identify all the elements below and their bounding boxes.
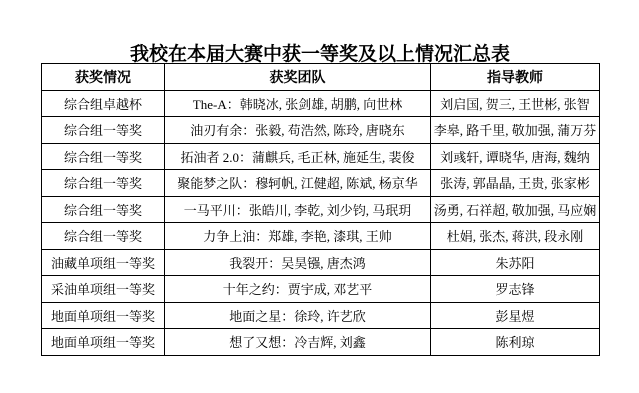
award-cell: 综合组一等奖 bbox=[42, 143, 165, 170]
awards-table: 获奖情况 获奖团队 指导教师 综合组卓越杯 The-A：韩晓冰, 张剑雄, 胡鹏… bbox=[41, 63, 600, 356]
team-cell: 地面之星：徐玲, 许艺欣 bbox=[165, 302, 431, 329]
column-header-award: 获奖情况 bbox=[42, 64, 165, 91]
teachers-cell: 刘彧轩, 谭晓华, 唐海, 魏纳 bbox=[431, 143, 600, 170]
table-row: 综合组一等奖 一马平川：张皓川, 李乾, 刘少钧, 马珉玥 汤勇, 石祥超, 敬… bbox=[42, 196, 600, 223]
table-header-row: 获奖情况 获奖团队 指导教师 bbox=[42, 64, 600, 91]
teachers-cell: 彭星煜 bbox=[431, 302, 600, 329]
award-cell: 地面单项组一等奖 bbox=[42, 302, 165, 329]
table-row: 地面单项组一等奖 想了又想：冷吉辉, 刘鑫 陈利琼 bbox=[42, 329, 600, 356]
page-title: 我校在本届大赛中获一等奖及以上情况汇总表 bbox=[41, 39, 599, 66]
team-cell: 我裂开：吴昊镪, 唐杰鸿 bbox=[165, 249, 431, 276]
team-cell: 聚能梦之队：穆轲帆, 江健超, 陈斌, 杨京华 bbox=[165, 170, 431, 197]
table-row: 综合组一等奖 力争上油：郑雄, 李艳, 漆琪, 王帅 杜娟, 张杰, 蒋洪, 段… bbox=[42, 223, 600, 250]
award-cell: 采油单项组一等奖 bbox=[42, 276, 165, 303]
team-cell: 想了又想：冷吉辉, 刘鑫 bbox=[165, 329, 431, 356]
teachers-cell: 朱苏阳 bbox=[431, 249, 600, 276]
teachers-cell: 汤勇, 石祥超, 敬加强, 马应娴 bbox=[431, 196, 600, 223]
table-row: 综合组一等奖 油刃有余：张毅, 苟浩然, 陈玲, 唐晓东 李皋, 路千里, 敬加… bbox=[42, 117, 600, 144]
award-cell: 综合组卓越杯 bbox=[42, 90, 165, 117]
award-cell: 综合组一等奖 bbox=[42, 196, 165, 223]
team-cell: 油刃有余：张毅, 苟浩然, 陈玲, 唐晓东 bbox=[165, 117, 431, 144]
table-row: 油藏单项组一等奖 我裂开：吴昊镪, 唐杰鸿 朱苏阳 bbox=[42, 249, 600, 276]
table-row: 综合组卓越杯 The-A：韩晓冰, 张剑雄, 胡鹏, 向世林 刘启国, 贺三, … bbox=[42, 90, 600, 117]
column-header-team: 获奖团队 bbox=[165, 64, 431, 91]
team-cell: 力争上油：郑雄, 李艳, 漆琪, 王帅 bbox=[165, 223, 431, 250]
teachers-cell: 罗志锋 bbox=[431, 276, 600, 303]
team-cell: 十年之约：贾宇成, 邓艺平 bbox=[165, 276, 431, 303]
table-row: 综合组一等奖 拓油者 2.0：蒲麒兵, 毛正林, 施延生, 裴俊 刘彧轩, 谭晓… bbox=[42, 143, 600, 170]
table-row: 采油单项组一等奖 十年之约：贾宇成, 邓艺平 罗志锋 bbox=[42, 276, 600, 303]
teachers-cell: 李皋, 路千里, 敬加强, 蒲万芬 bbox=[431, 117, 600, 144]
teachers-cell: 刘启国, 贺三, 王世彬, 张智 bbox=[431, 90, 600, 117]
award-cell: 油藏单项组一等奖 bbox=[42, 249, 165, 276]
teachers-cell: 杜娟, 张杰, 蒋洪, 段永刚 bbox=[431, 223, 600, 250]
team-cell: The-A：韩晓冰, 张剑雄, 胡鹏, 向世林 bbox=[165, 90, 431, 117]
award-cell: 综合组一等奖 bbox=[42, 223, 165, 250]
team-cell: 一马平川：张皓川, 李乾, 刘少钧, 马珉玥 bbox=[165, 196, 431, 223]
teachers-cell: 陈利琼 bbox=[431, 329, 600, 356]
award-cell: 综合组一等奖 bbox=[42, 117, 165, 144]
award-cell: 地面单项组一等奖 bbox=[42, 329, 165, 356]
table-row: 综合组一等奖 聚能梦之队：穆轲帆, 江健超, 陈斌, 杨京华 张涛, 郭晶晶, … bbox=[42, 170, 600, 197]
column-header-teachers: 指导教师 bbox=[431, 64, 600, 91]
team-cell: 拓油者 2.0：蒲麒兵, 毛正林, 施延生, 裴俊 bbox=[165, 143, 431, 170]
teachers-cell: 张涛, 郭晶晶, 王贵, 张家彬 bbox=[431, 170, 600, 197]
table-row: 地面单项组一等奖 地面之星：徐玲, 许艺欣 彭星煜 bbox=[42, 302, 600, 329]
award-cell: 综合组一等奖 bbox=[42, 170, 165, 197]
